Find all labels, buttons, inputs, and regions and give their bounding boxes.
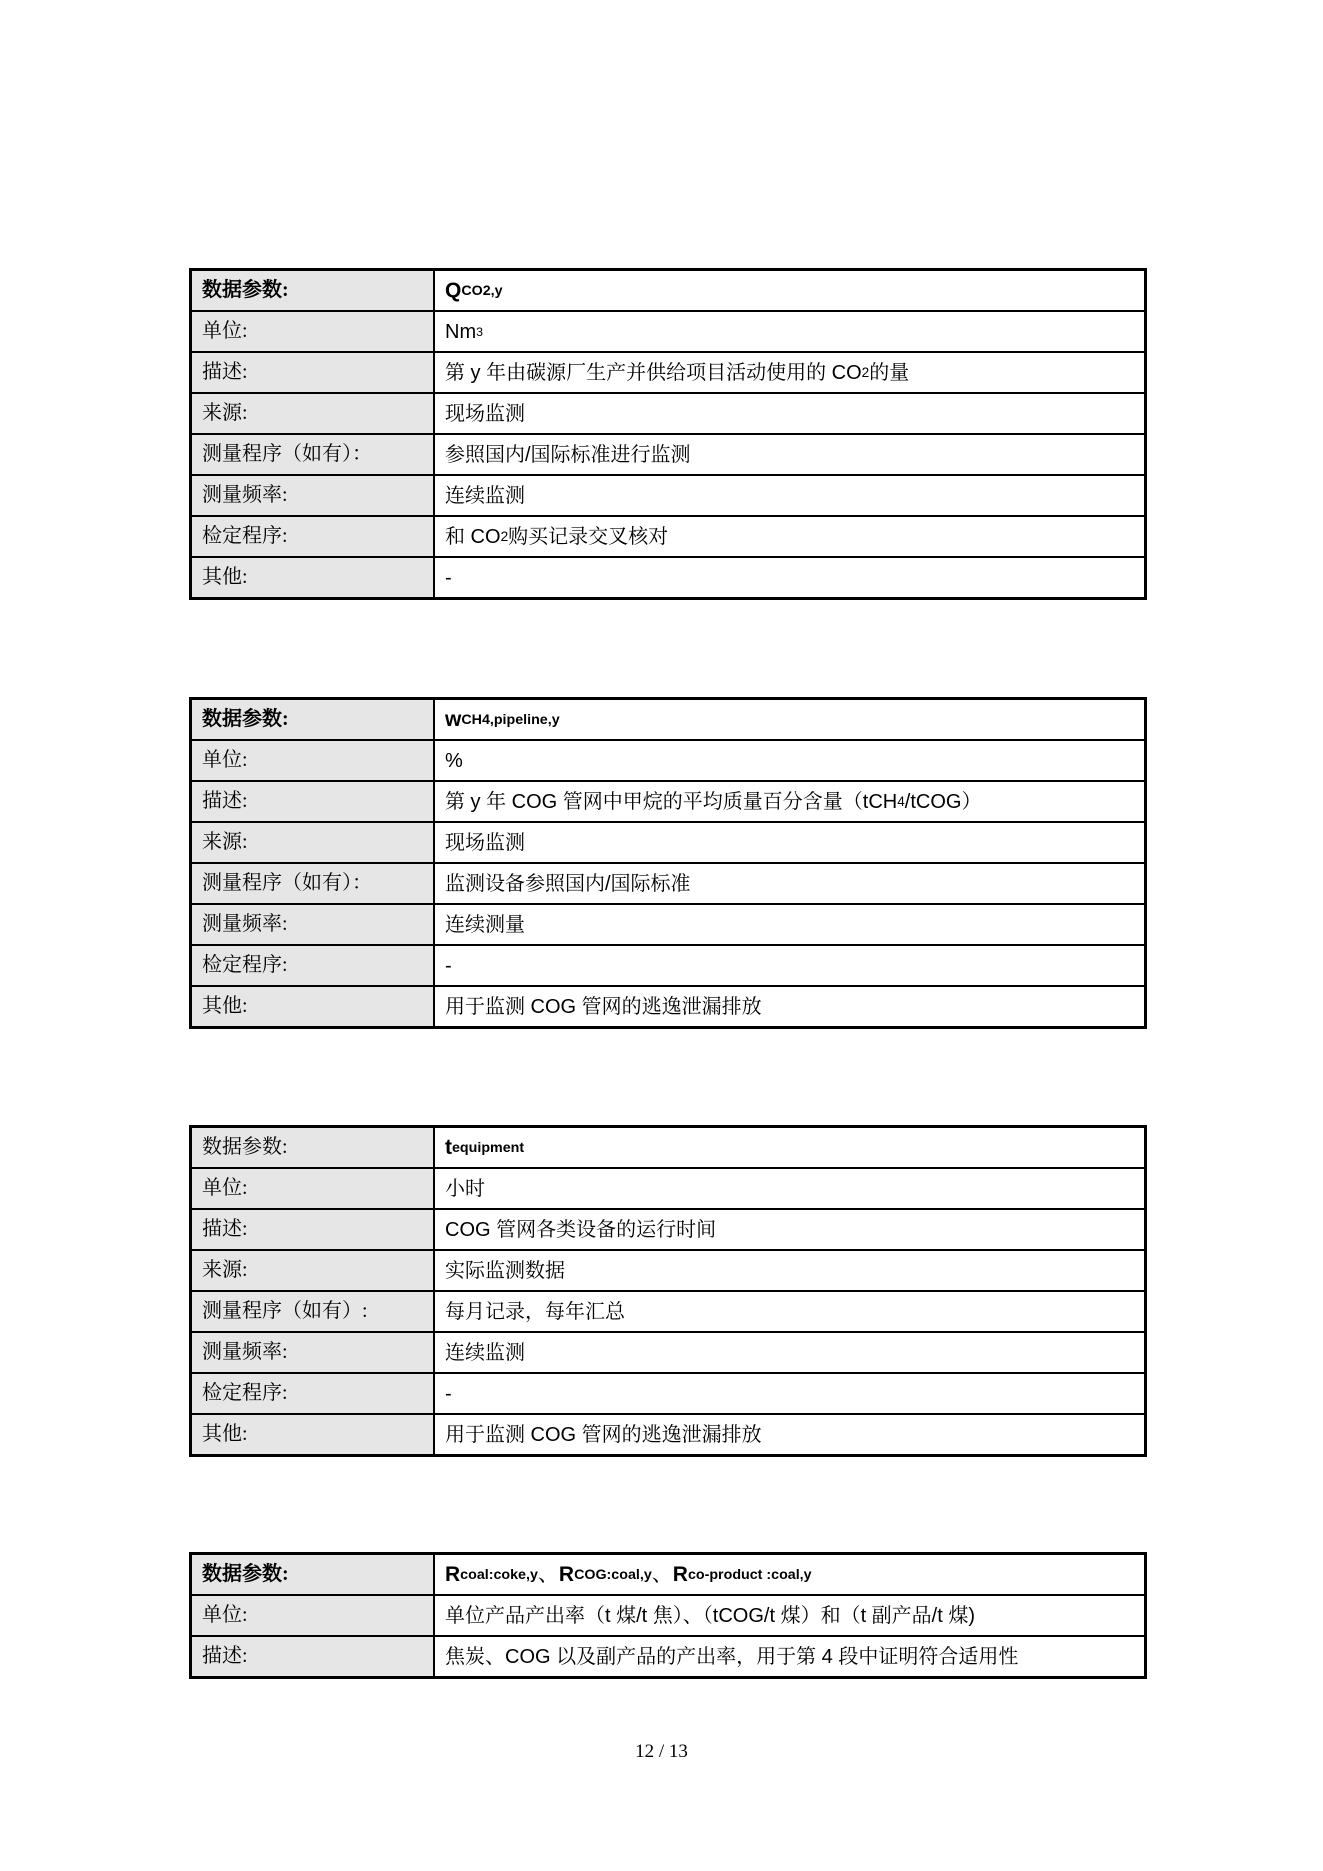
field-label: 检定程序: [192,946,435,985]
measurement-frequency-value: 连续监测 [435,476,1144,515]
table-row: 测量频率: 连续监测 [192,1333,1144,1374]
unit-value: 小时 [435,1169,1144,1208]
field-label: 描述: [192,353,435,392]
field-label: 测量程序（如有）: [192,1292,435,1331]
table-row: 数据参数: QCO2,y [192,271,1144,312]
table-row: 来源: 现场监测 [192,823,1144,864]
description-value: COG 管网各类设备的运行时间 [435,1210,1144,1249]
field-label: 其他: [192,558,435,597]
table-row: 描述: 第 y 年 COG 管网中甲烷的平均质量百分含量（tCH4/tCOG） [192,782,1144,823]
table-row: 其他: 用于监测 COG 管网的逃逸泄漏排放 [192,987,1144,1026]
data-parameter-table-1: 数据参数: QCO2,y 单位: Nm3 描述: 第 y 年由碳源厂生产并供给项… [189,268,1147,600]
table-row: 测量程序（如有）: 每月记录，每年汇总 [192,1292,1144,1333]
source-value: 实际监测数据 [435,1251,1144,1290]
field-label: 单位: [192,1169,435,1208]
parameter-name: tequipment [435,1128,1144,1167]
description-value: 第 y 年 COG 管网中甲烷的平均质量百分含量（tCH4/tCOG） [435,782,1144,821]
field-label: 其他: [192,987,435,1026]
table-row: 单位: 小时 [192,1169,1144,1210]
table-row: 测量程序（如有）： 参照国内/国际标准进行监测 [192,435,1144,476]
table-row: 描述: COG 管网各类设备的运行时间 [192,1210,1144,1251]
table-row: 测量程序（如有）： 监测设备参照国内/国际标准 [192,864,1144,905]
measurement-procedure-value: 参照国内/国际标准进行监测 [435,435,1144,474]
table-row: 其他: - [192,558,1144,597]
field-label: 描述: [192,1210,435,1249]
description-value: 第 y 年由碳源厂生产并供给项目活动使用的 CO2 的量 [435,353,1144,392]
qa-procedure-value: - [435,1374,1144,1413]
field-label: 数据参数: [192,271,435,310]
field-label: 测量频率: [192,905,435,944]
field-label: 测量频率: [192,1333,435,1372]
table-row: 检定程序: 和 CO2 购买记录交叉核对 [192,517,1144,558]
field-label: 检定程序: [192,1374,435,1413]
document-page: { "page": { "footer": "12 / 13" }, "colo… [0,0,1323,1871]
measurement-procedure-value: 每月记录，每年汇总 [435,1292,1144,1331]
field-label: 数据参数: [192,700,435,739]
qa-procedure-value: - [435,946,1144,985]
measurement-frequency-value: 连续测量 [435,905,1144,944]
table-row: 描述: 第 y 年由碳源厂生产并供给项目活动使用的 CO2 的量 [192,353,1144,394]
source-value: 现场监测 [435,823,1144,862]
field-label: 检定程序: [192,517,435,556]
field-label: 测量频率: [192,476,435,515]
qa-procedure-value: 和 CO2 购买记录交叉核对 [435,517,1144,556]
field-label: 数据参数: [192,1555,435,1594]
unit-value: % [435,741,1144,780]
data-parameter-table-3: 数据参数: tequipment 单位: 小时 描述: COG 管网各类设备的运… [189,1125,1147,1457]
data-parameter-table-4: 数据参数: Rcoal:coke,y、RCOG:coal,y 、 Rco-pro… [189,1552,1147,1679]
table-row: 其他: 用于监测 COG 管网的逃逸泄漏排放 [192,1415,1144,1454]
field-label: 描述: [192,1637,435,1676]
field-label: 单位: [192,312,435,351]
parameter-name: QCO2,y [435,271,1144,310]
parameter-name: Rcoal:coke,y、RCOG:coal,y 、 Rco-product :… [435,1555,1144,1594]
measurement-frequency-value: 连续监测 [435,1333,1144,1372]
page-content: 数据参数: QCO2,y 单位: Nm3 描述: 第 y 年由碳源厂生产并供给项… [189,268,1147,1679]
unit-value: Nm3 [435,312,1144,351]
table-row: 单位: 单位产品产出率（t 煤/t 焦）、（tCOG/t 煤）和（t 副产品/t… [192,1596,1144,1637]
field-label: 描述: [192,782,435,821]
field-label: 来源: [192,1251,435,1290]
table-row: 描述: 焦炭、COG 以及副产品的产出率，用于第 4 段中证明符合适用性 [192,1637,1144,1676]
table-row: 检定程序: - [192,946,1144,987]
table-row: 单位: Nm3 [192,312,1144,353]
field-label: 单位: [192,741,435,780]
other-value: - [435,558,1144,597]
unit-value: 单位产品产出率（t 煤/t 焦）、（tCOG/t 煤）和（t 副产品/t 煤) [435,1596,1144,1635]
field-label: 测量程序（如有）： [192,435,435,474]
table-row: 数据参数: wCH4,pipeline,y [192,700,1144,741]
field-label: 单位: [192,1596,435,1635]
parameter-name: wCH4,pipeline,y [435,700,1144,739]
measurement-procedure-value: 监测设备参照国内/国际标准 [435,864,1144,903]
table-row: 来源: 实际监测数据 [192,1251,1144,1292]
field-label: 数据参数: [192,1128,435,1167]
page-number: 12 / 13 [0,1741,1323,1763]
field-label: 测量程序（如有）： [192,864,435,903]
table-row: 数据参数: tequipment [192,1128,1144,1169]
table-row: 检定程序: - [192,1374,1144,1415]
data-parameter-table-2: 数据参数: wCH4,pipeline,y 单位: % 描述: 第 y 年 CO… [189,697,1147,1029]
table-row: 单位: % [192,741,1144,782]
field-label: 来源: [192,394,435,433]
source-value: 现场监测 [435,394,1144,433]
table-row: 测量频率: 连续监测 [192,476,1144,517]
other-value: 用于监测 COG 管网的逃逸泄漏排放 [435,1415,1144,1454]
table-row: 来源: 现场监测 [192,394,1144,435]
description-value: 焦炭、COG 以及副产品的产出率，用于第 4 段中证明符合适用性 [435,1637,1144,1676]
table-row: 数据参数: Rcoal:coke,y、RCOG:coal,y 、 Rco-pro… [192,1555,1144,1596]
other-value: 用于监测 COG 管网的逃逸泄漏排放 [435,987,1144,1026]
field-label: 其他: [192,1415,435,1454]
table-row: 测量频率: 连续测量 [192,905,1144,946]
field-label: 来源: [192,823,435,862]
